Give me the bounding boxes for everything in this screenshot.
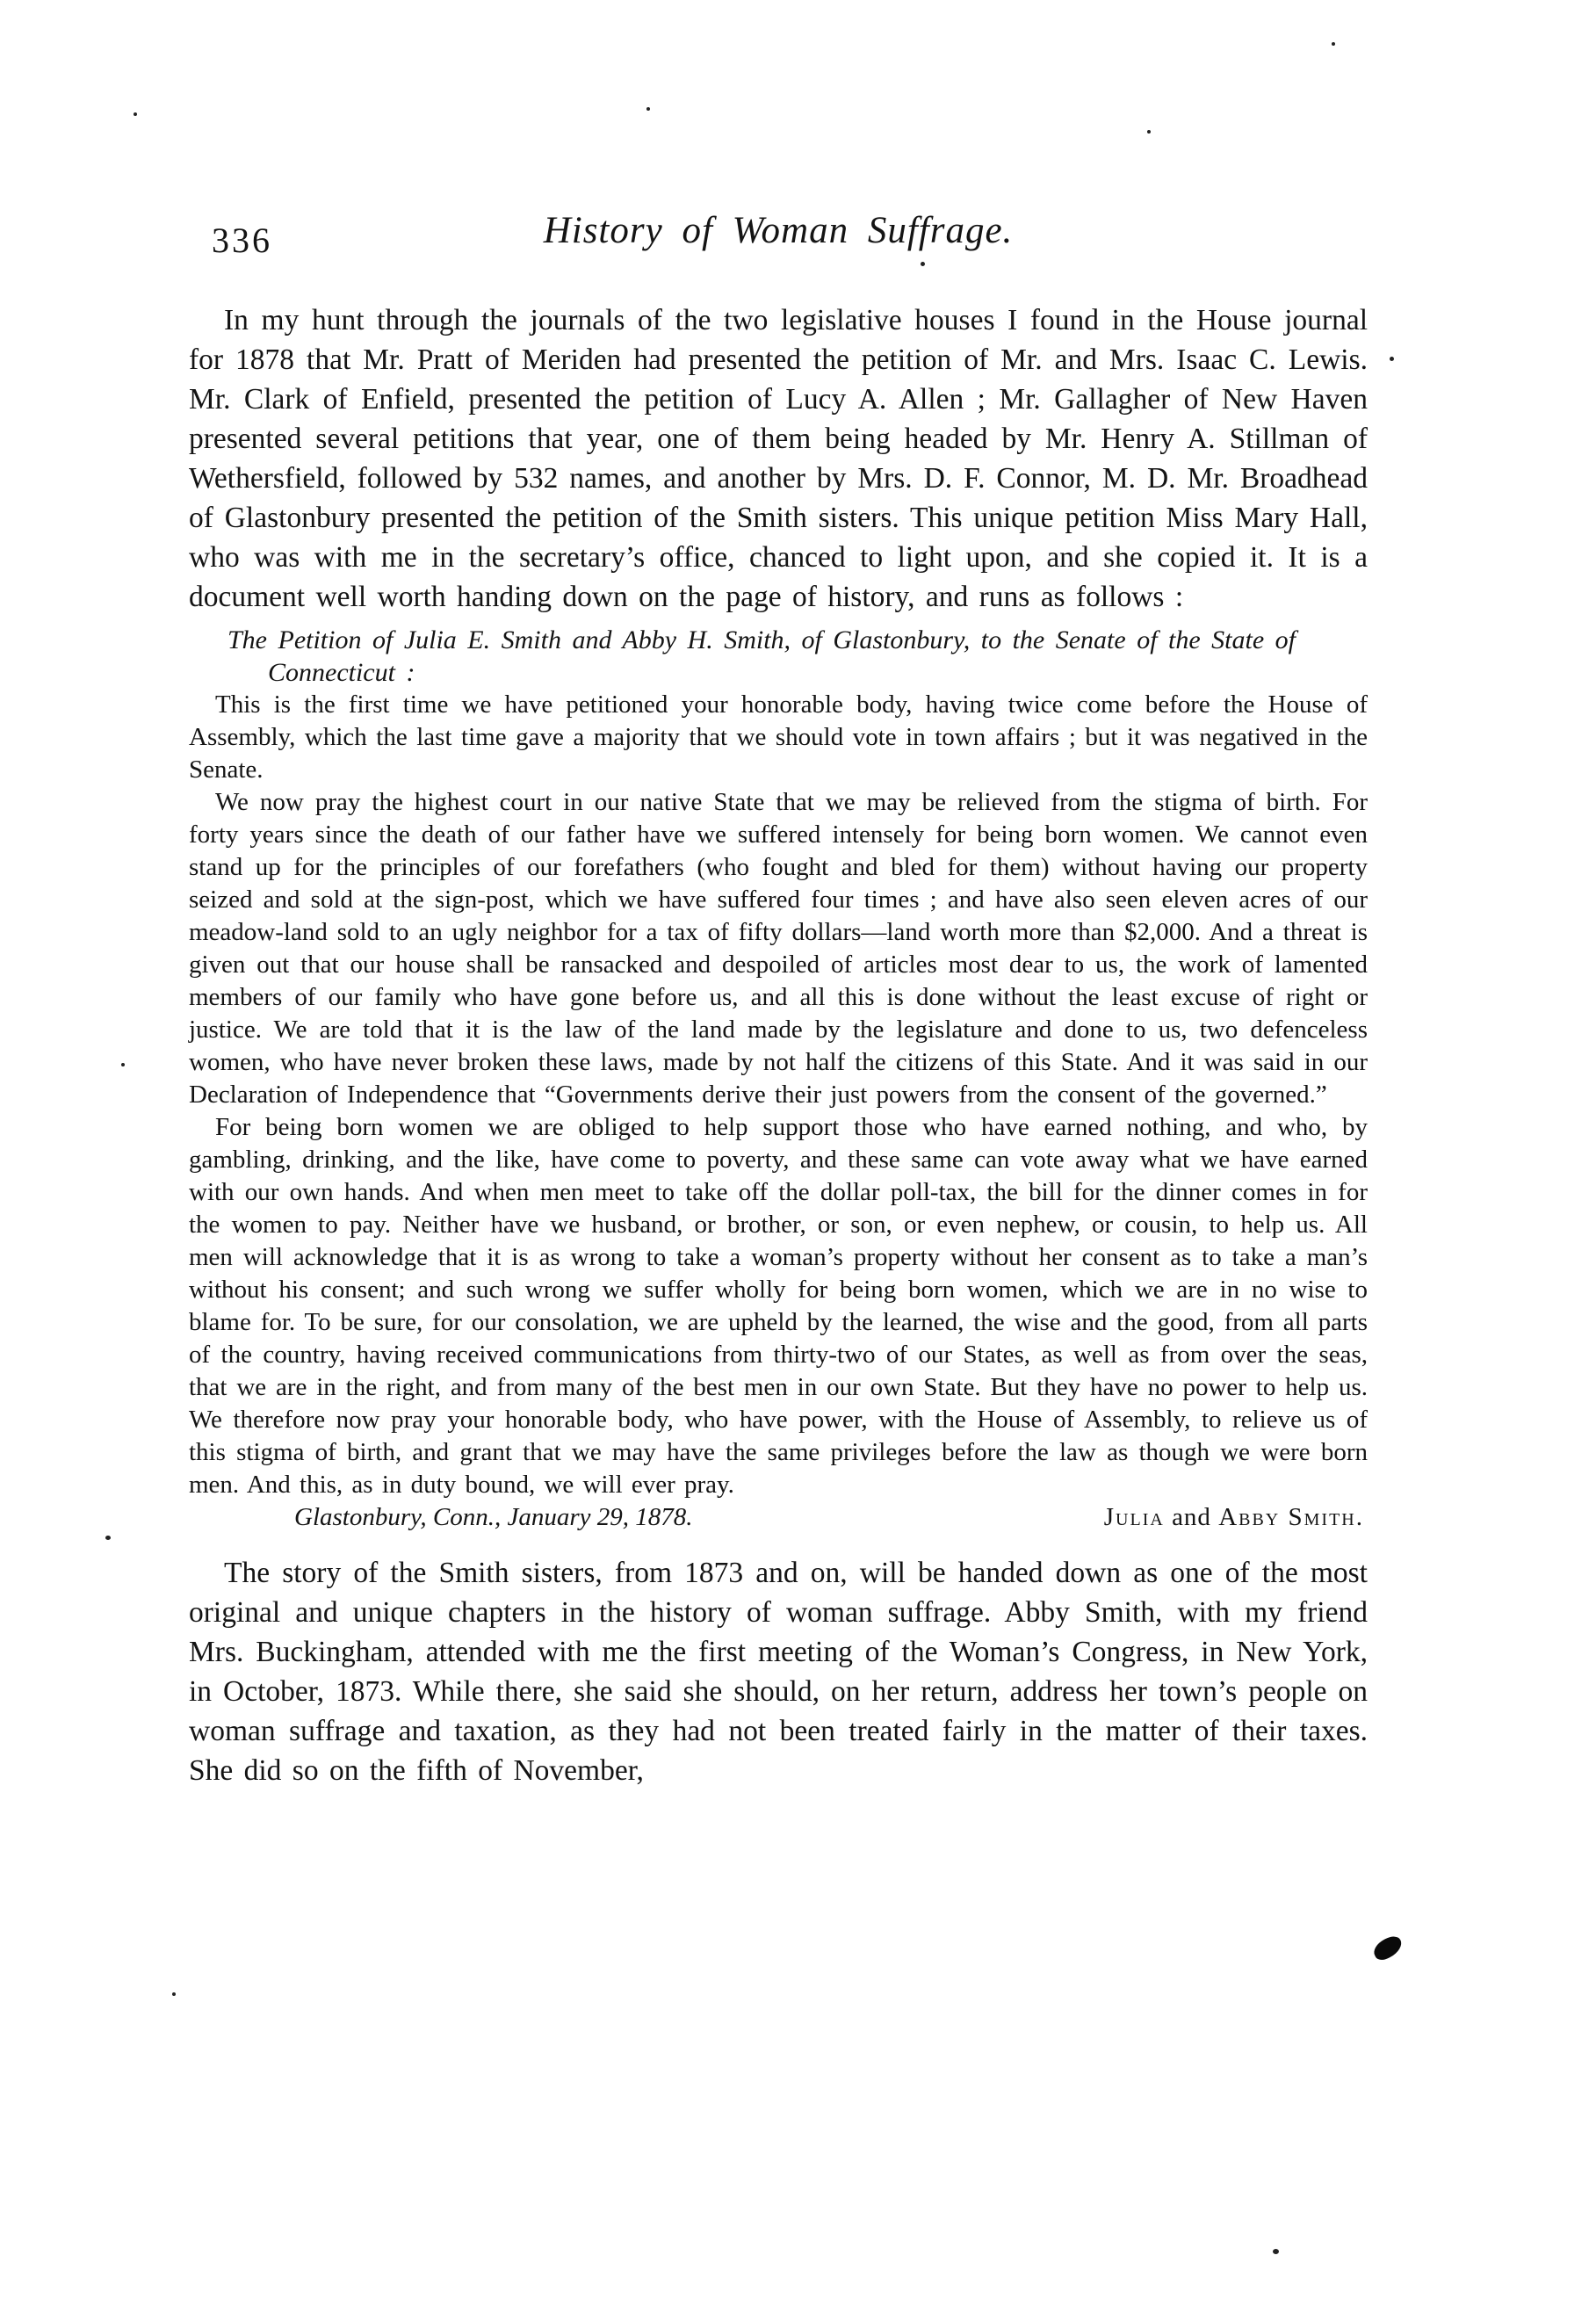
- scan-speck: [105, 1536, 111, 1540]
- scan-speck: [121, 1063, 125, 1066]
- book-page: 336 History of Woman Suffrage. In my hun…: [0, 0, 1596, 2306]
- petition-dateline-row: Glastonbury, Conn., January 29, 1878. Ju…: [189, 1501, 1368, 1534]
- scan-speck: [1147, 130, 1151, 134]
- running-title: History of Woman Suffrage.: [189, 209, 1368, 252]
- petition-signature: Julia and Abby Smith.: [1104, 1501, 1364, 1534]
- scan-speck: [134, 112, 137, 116]
- ink-blot: [1370, 1933, 1405, 1963]
- page-number: 336: [212, 220, 272, 261]
- closing-paragraph: The story of the Smith sisters, from 187…: [189, 1553, 1368, 1790]
- page-header: 336 History of Woman Suffrage.: [189, 209, 1368, 265]
- scan-speck: [1273, 2249, 1279, 2254]
- petition-block: The Petition of Julia E. Smith and Abby …: [189, 624, 1368, 1534]
- scan-speck: [1332, 42, 1335, 46]
- intro-paragraph: In my hunt through the journals of the t…: [189, 300, 1368, 617]
- petition-paragraph-3: For being born women we are obliged to h…: [189, 1111, 1368, 1501]
- page-content: 336 History of Woman Suffrage. In my hun…: [189, 209, 1368, 1790]
- scan-speck: [1390, 357, 1394, 361]
- petition-paragraph-2: We now pray the highest court in our nat…: [189, 786, 1368, 1111]
- signature-name-abby-smith: Abby Smith.: [1218, 1503, 1364, 1531]
- signature-conjunction: and: [1172, 1503, 1211, 1531]
- scan-speck: [646, 107, 650, 111]
- petition-paragraph-1: This is the first time we have petitione…: [189, 689, 1368, 786]
- scan-speck: [172, 1992, 176, 1996]
- scan-speck: [921, 262, 925, 266]
- petition-dateline: Glastonbury, Conn., January 29, 1878.: [294, 1501, 693, 1534]
- petition-heading: The Petition of Julia E. Smith and Abby …: [189, 624, 1368, 689]
- signature-name-julia: Julia: [1104, 1503, 1165, 1531]
